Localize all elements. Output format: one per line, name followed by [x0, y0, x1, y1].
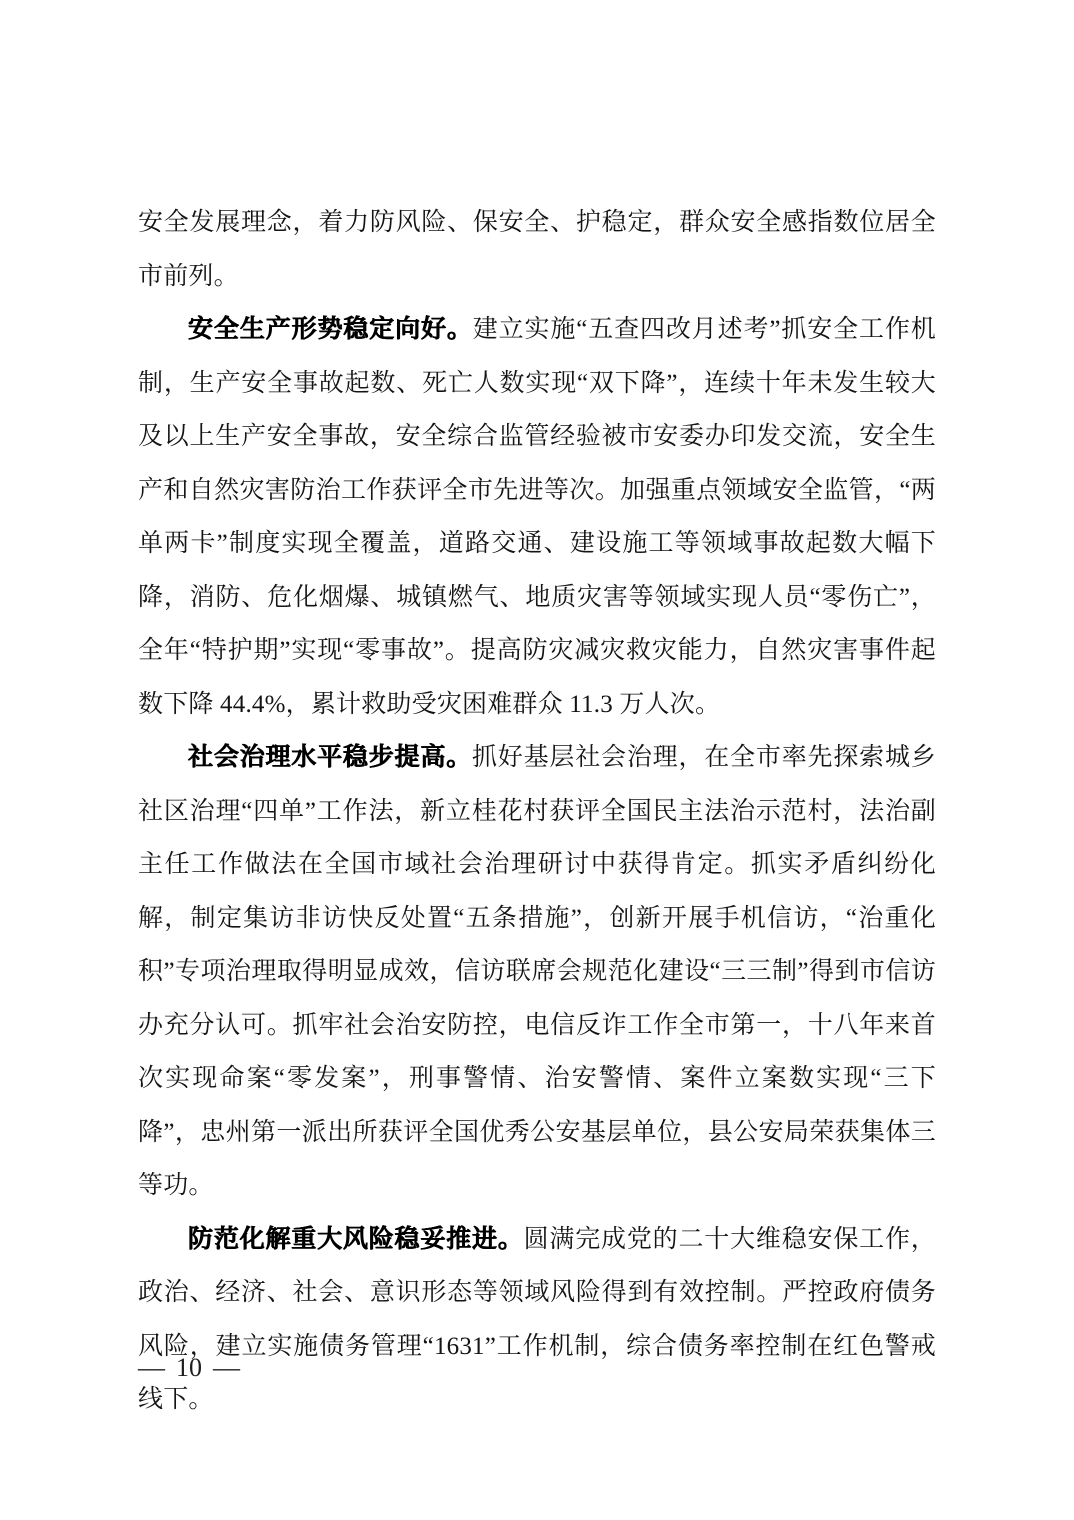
paragraph-body: 安全发展理念，着力防风险、保安全、护稳定，群众安全感指数位居全市前列。: [138, 209, 936, 290]
page-footer: —10—: [138, 1349, 240, 1386]
paragraph: 安全发展理念，着力防风险、保安全、护稳定，群众安全感指数位居全市前列。: [138, 196, 936, 303]
paragraph-body: 圆满完成党的二十大维稳安保工作，政治、经济、社会、意识形态等领域风险得到有效控制…: [138, 1226, 936, 1414]
document-page: 安全发展理念，着力防风险、保安全、护稳定，群众安全感指数位居全市前列。 安全生产…: [0, 0, 1074, 1520]
paragraph: 社会治理水平稳步提高。抓好基层社会治理，在全市率先探索城乡社区治理“四单”工作法…: [138, 731, 936, 1213]
paragraph: 防范化解重大风险稳妥推进。圆满完成党的二十大维稳安保工作，政治、经济、社会、意识…: [138, 1213, 936, 1427]
paragraph-body: 建立实施“五查四改月述考”抓安全工作机制，生产安全事故起数、死亡人数实现“双下降…: [138, 316, 936, 718]
paragraph-lead: 社会治理水平稳步提高。: [188, 744, 472, 771]
document-body: 安全发展理念，着力防风险、保安全、护稳定，群众安全感指数位居全市前列。 安全生产…: [138, 196, 936, 1427]
paragraph-body: 抓好基层社会治理，在全市率先探索城乡社区治理“四单”工作法，新立桂花村获评全国民…: [138, 744, 936, 1199]
paragraph: 安全生产形势稳定向好。建立实施“五查四改月述考”抓安全工作机制，生产安全事故起数…: [138, 303, 936, 731]
footer-dash-right: —: [213, 1349, 240, 1385]
page-number: 10: [176, 1350, 202, 1386]
paragraph-lead: 安全生产形势稳定向好。: [188, 316, 473, 343]
footer-dash-left: —: [138, 1349, 165, 1385]
paragraph-lead: 防范化解重大风险稳妥推进。: [188, 1226, 524, 1253]
